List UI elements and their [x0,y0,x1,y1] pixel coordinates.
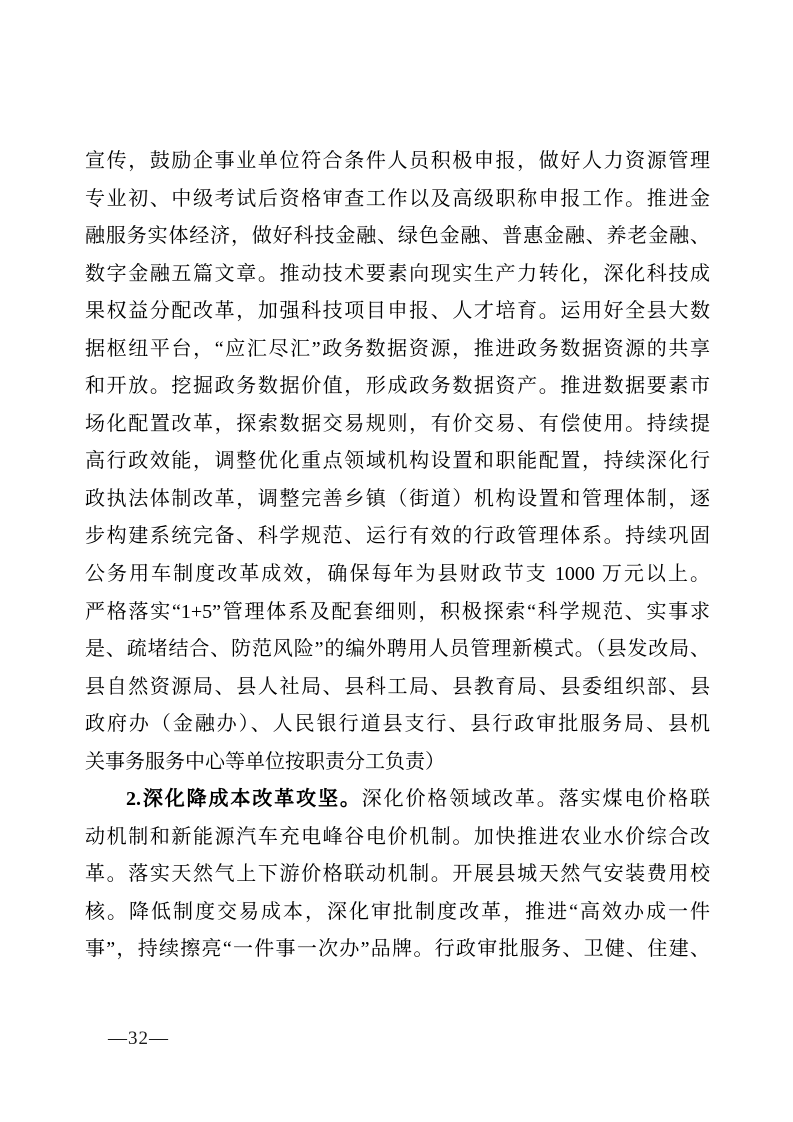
paragraph-line: 2.深化降成本改革攻坚。深化价格领域改革。落实煤电价格联 [85,781,710,819]
page-number: —32— [108,1028,169,1050]
paragraph-line: 政执法体制改革，调整完善乡镇（街道）机构设置和管理体制，逐 [85,481,710,519]
paragraph-line: 融服务实体经济，做好科技金融、绿色金融、普惠金融、养老金融、 [85,218,710,256]
paragraph-line: 数字金融五篇文章。推动技术要素向现实生产力转化，深化科技成 [85,256,710,294]
paragraph-line: 场化配置改革，探索数据交易规则，有价交易、有偿使用。持续提 [85,406,710,444]
paragraph-line: 核。降低制度交易成本，深化审批制度改革，推进“高效办成一件 [85,894,710,932]
paragraph-line: 事”，持续擦亮“一件事一次办”品牌。行政审批服务、卫健、住建、 [85,931,710,969]
paragraph-line: 革。落实天然气上下游价格联动机制。开展县城天然气安装费用校 [85,856,710,894]
document-page: 宣传，鼓励企事业单位符合条件人员积极申报，做好人力资源管理 专业初、中级考试后资… [0,0,793,1122]
paragraph-line: 县自然资源局、县人社局、县科工局、县教育局、县委组织部、县 [85,669,710,707]
paragraph-line: 公务用车制度改革成效，确保每年为县财政节支 1000 万元以上。 [85,556,710,594]
paragraph-line: 严格落实“1+5”管理体系及配套细则，积极探索“科学规范、实事求 [85,594,710,632]
paragraph-line: 高行政效能，调整优化重点领域机构设置和职能配置，持续深化行 [85,443,710,481]
paragraph-line: 关事务服务中心等单位按职责分工负责） [85,744,710,782]
paragraph-line: 是、疏堵结合、防范风险”的编外聘用人员管理新模式。（县发改局、 [85,631,710,669]
paragraph-line: 政府办（金融办）、人民银行道县支行、县行政审批服务局、县机 [85,706,710,744]
paragraph-line: 果权益分配改革，加强科技项目申报、人才培育。运用好全县大数 [85,293,710,331]
paragraph-line: 据枢纽平台，“应汇尽汇”政务数据资源，推进政务数据资源的共享 [85,331,710,369]
paragraph-line: 和开放。挖掘政务数据价值，形成政务数据资产。推进数据要素市 [85,368,710,406]
paragraph-line: 专业初、中级考试后资格审查工作以及高级职称申报工作。推进金 [85,181,710,219]
section-heading-bold: 2.深化降成本改革攻坚。 [126,788,362,810]
section-heading-rest: 深化价格领域改革。落实煤电价格联 [362,788,710,810]
paragraph-line: 宣传，鼓励企事业单位符合条件人员积极申报，做好人力资源管理 [85,143,710,181]
paragraph-line: 步构建系统完备、科学规范、运行有效的行政管理体系。持续巩固 [85,518,710,556]
body-text: 宣传，鼓励企事业单位符合条件人员积极申报，做好人力资源管理 专业初、中级考试后资… [85,143,710,969]
paragraph-line: 动机制和新能源汽车充电峰谷电价机制。加快推进农业水价综合改 [85,819,710,857]
